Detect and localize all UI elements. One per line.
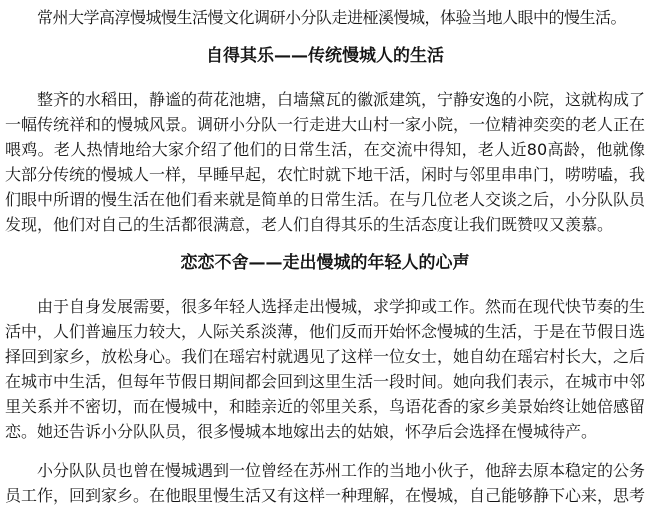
section-2-paragraph-1: 由于自身发展需要，很多年轻人选择走出慢城，求学抑或工作。然而在现代快节奏的生活中… [5, 294, 645, 444]
section-1-paragraph-1: 整齐的水稻田，静谧的荷花池塘，白墙黛瓦的徽派建筑，宁静安逸的小院，这就构成了一幅… [5, 87, 645, 237]
intro-paragraph: 常州大学高淳慢城慢生活慢文化调研小分队走进桠溪慢城，体验当地人眼中的慢生活。 [5, 5, 645, 30]
section-heading-young-people: 恋恋不舍——走出慢城的年轻人的心声 [5, 251, 645, 276]
article-page: 常州大学高淳慢城慢生活慢文化调研小分队走进桠溪慢城，体验当地人眼中的慢生活。 自… [0, 0, 650, 509]
section-heading-traditional-life: 自得其乐——传统慢城人的生活 [5, 44, 645, 69]
section-2-paragraph-2: 小分队队员也曾在慢城遇到一位曾经在苏州工作的当地小伙子，他辞去原本稳定的公务员工… [5, 458, 645, 508]
